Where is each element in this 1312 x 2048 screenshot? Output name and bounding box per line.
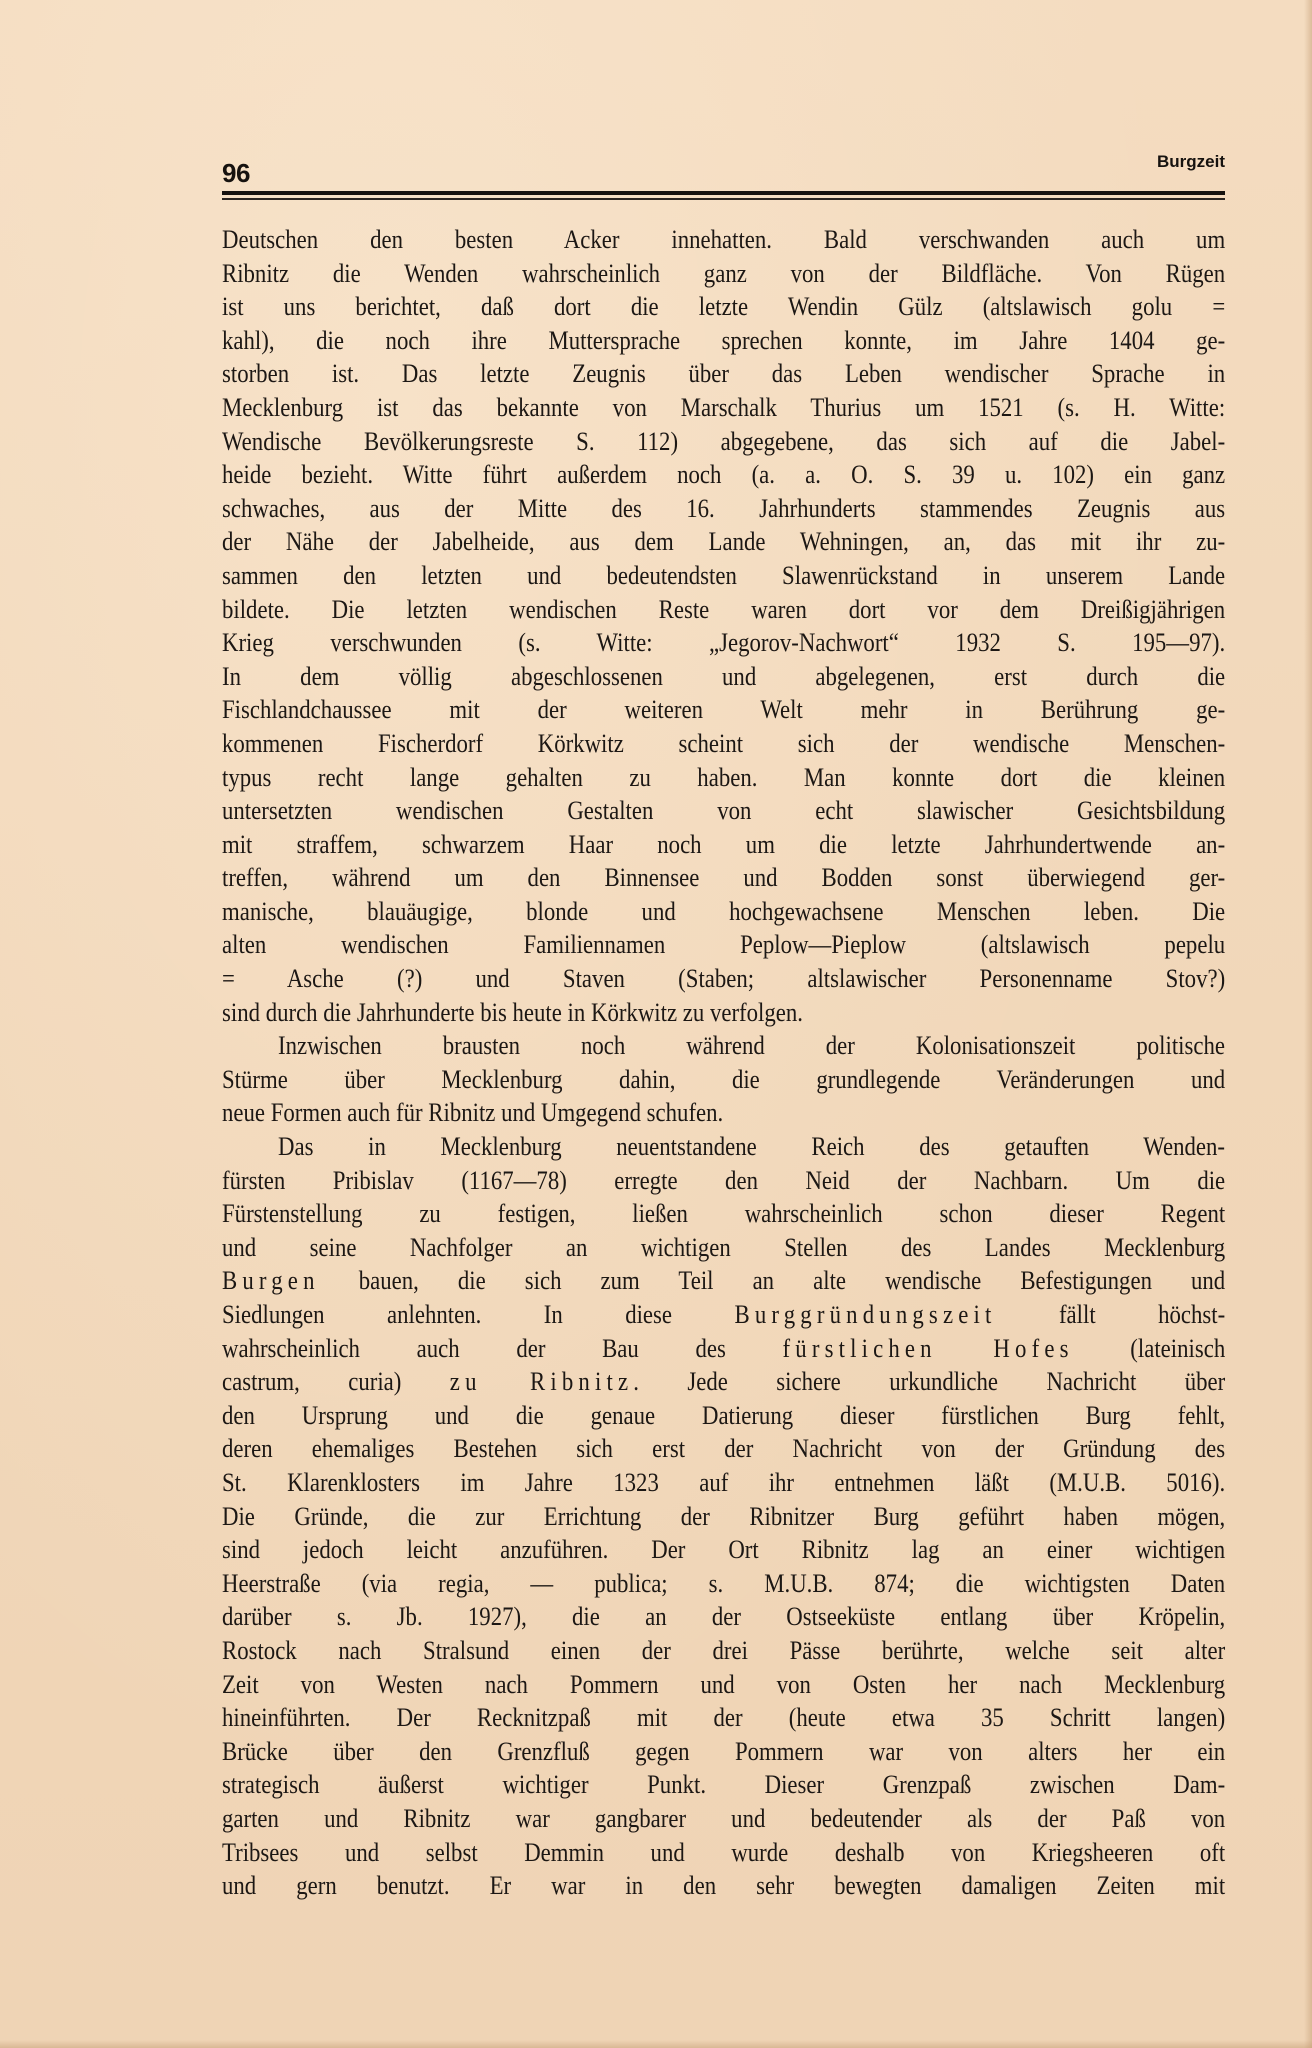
text-line: sind durch die Jahrhunderte bis heute in… bbox=[222, 996, 1225, 1030]
text-line: ist uns berichtet, daß dort die letzte W… bbox=[222, 290, 1225, 324]
running-head: Burgzeit bbox=[1157, 152, 1225, 172]
text-line: deren ehemaliges Bestehen sich erst der … bbox=[222, 1432, 1225, 1466]
text-line-content: storben ist. Das letzte Zeugnis über das… bbox=[222, 357, 1225, 391]
text-line-content: Rostock nach Stralsund einen der drei Pä… bbox=[222, 1634, 1225, 1668]
text-line: storben ist. Das letzte Zeugnis über das… bbox=[222, 357, 1225, 391]
text-line: untersetzten wendischen Gestalten von ec… bbox=[222, 794, 1225, 828]
text-line: Burgen bauen, die sich zum Teil an alte … bbox=[222, 1264, 1225, 1298]
text-line: darüber s. Jb. 1927), die an der Ostseek… bbox=[222, 1600, 1225, 1634]
body-text: Deutschen den besten Acker innehatten. B… bbox=[222, 223, 1225, 1903]
page-edge-shadow-right bbox=[1304, 0, 1312, 2048]
text-line-content: strategisch äußerst wichtiger Punkt. Die… bbox=[222, 1768, 1225, 1802]
text-line-content: sind jedoch leicht anzuführen. Der Ort R… bbox=[222, 1533, 1225, 1567]
text-line: In dem völlig abgeschlossenen und abgele… bbox=[222, 660, 1225, 694]
text-line: kommenen Fischerdorf Körkwitz scheint si… bbox=[222, 727, 1225, 761]
emphasized-word: fürstlichen bbox=[783, 1333, 937, 1363]
text-line: Rostock nach Stralsund einen der drei Pä… bbox=[222, 1634, 1225, 1668]
page-edge-shadow-bottom bbox=[0, 2040, 1312, 2048]
text-line: Heerstraße (via regia, — publica; s. M.U… bbox=[222, 1567, 1225, 1601]
text-line: neue Formen auch für Ribnitz und Umgegen… bbox=[222, 1096, 1225, 1130]
text-line: Zeit von Westen nach Pommern und von Ost… bbox=[222, 1668, 1225, 1702]
text-line-content: Siedlungen anlehnten. In diese Burggründ… bbox=[222, 1298, 1225, 1332]
text-line: kahl), die noch ihre Muttersprache sprec… bbox=[222, 324, 1225, 358]
text-line-content: sind durch die Jahrhunderte bis heute in… bbox=[222, 996, 1225, 1030]
text-line: und gern benutzt. Er war in den sehr bew… bbox=[222, 1869, 1225, 1903]
text-line-content: Tribsees und selbst Demmin und wurde des… bbox=[222, 1836, 1225, 1870]
text-line-content: deren ehemaliges Bestehen sich erst der … bbox=[222, 1432, 1225, 1466]
text-line: = Asche (?) und Staven (Staben; altslawi… bbox=[222, 962, 1225, 996]
text-line: schwaches, aus der Mitte des 16. Jahrhun… bbox=[222, 492, 1225, 526]
text-line-content: Brücke über den Grenzfluß gegen Pommern … bbox=[222, 1735, 1225, 1769]
text-line: Inzwischen brausten noch während der Kol… bbox=[222, 1029, 1225, 1063]
text-line-content: St. Klarenklosters im Jahre 1323 auf ihr… bbox=[222, 1466, 1225, 1500]
text-line-content: sammen den letzten und bedeutendsten Sla… bbox=[222, 559, 1225, 593]
text-line-content: Krieg verschwunden (s. Witte: „Jegorov-N… bbox=[222, 626, 1225, 660]
text-line-content: wahrscheinlich auch der Bau des fürstlic… bbox=[222, 1332, 1225, 1366]
text-line: den Ursprung und die genaue Datierung di… bbox=[222, 1399, 1225, 1433]
text-line-content: darüber s. Jb. 1927), die an der Ostseek… bbox=[222, 1600, 1225, 1634]
text-line: sind jedoch leicht anzuführen. Der Ort R… bbox=[222, 1533, 1225, 1567]
text-line: St. Klarenklosters im Jahre 1323 auf ihr… bbox=[222, 1466, 1225, 1500]
text-line: Brücke über den Grenzfluß gegen Pommern … bbox=[222, 1735, 1225, 1769]
text-line-content: typus recht lange gehalten zu haben. Man… bbox=[222, 761, 1225, 795]
header-rule-thin bbox=[222, 198, 1225, 200]
text-line-content: Fischlandchaussee mit der weiteren Welt … bbox=[222, 693, 1225, 727]
text-line: typus recht lange gehalten zu haben. Man… bbox=[222, 761, 1225, 795]
text-line-content: mit straffem, schwarzem Haar noch um die… bbox=[222, 828, 1225, 862]
text-line: treffen, während um den Binnensee und Bo… bbox=[222, 861, 1225, 895]
text-line: Mecklenburg ist das bekannte von Marscha… bbox=[222, 391, 1225, 425]
text-line: wahrscheinlich auch der Bau des fürstlic… bbox=[222, 1332, 1225, 1366]
text-line: Tribsees und selbst Demmin und wurde des… bbox=[222, 1836, 1225, 1870]
text-line: sammen den letzten und bedeutendsten Sla… bbox=[222, 559, 1225, 593]
text-line: Ribnitz die Wenden wahrscheinlich ganz v… bbox=[222, 257, 1225, 291]
text-line: Deutschen den besten Acker innehatten. B… bbox=[222, 223, 1225, 257]
text-line: hineinführten. Der Recknitzpaß mit der (… bbox=[222, 1701, 1225, 1735]
text-line-content: Zeit von Westen nach Pommern und von Ost… bbox=[222, 1668, 1225, 1702]
text-line: der Nähe der Jabelheide, aus dem Lande W… bbox=[222, 525, 1225, 559]
text-line: alten wendischen Familiennamen Peplow—Pi… bbox=[222, 928, 1225, 962]
text-line-content: kahl), die noch ihre Muttersprache sprec… bbox=[222, 324, 1225, 358]
text-line-content: untersetzten wendischen Gestalten von ec… bbox=[222, 794, 1225, 828]
text-line: Wendische Bevölkerungsreste S. 112) abge… bbox=[222, 425, 1225, 459]
header-rule-thick bbox=[222, 191, 1225, 195]
text-line-content: schwaches, aus der Mitte des 16. Jahrhun… bbox=[222, 492, 1225, 526]
book-page: 96 Burgzeit Deutschen den besten Acker i… bbox=[0, 0, 1312, 2048]
text-line-content: hineinführten. Der Recknitzpaß mit der (… bbox=[222, 1701, 1225, 1735]
text-line-content: garten und Ribnitz war gangbarer und bed… bbox=[222, 1802, 1225, 1836]
page-number: 96 bbox=[222, 158, 250, 189]
text-line-content: und gern benutzt. Er war in den sehr bew… bbox=[222, 1869, 1225, 1903]
text-line: heide bezieht. Witte führt außerdem noch… bbox=[222, 458, 1225, 492]
text-line: manische, blauäugige, blonde und hochgew… bbox=[222, 895, 1225, 929]
text-line: mit straffem, schwarzem Haar noch um die… bbox=[222, 828, 1225, 862]
text-line: castrum, curia) zu Ribnitz. Jede sichere… bbox=[222, 1365, 1225, 1399]
text-line-content: heide bezieht. Witte führt außerdem noch… bbox=[222, 458, 1225, 492]
text-line-content: ist uns berichtet, daß dort die letzte W… bbox=[222, 290, 1225, 324]
text-line: Fürstenstellung zu festigen, ließen wahr… bbox=[222, 1197, 1225, 1231]
text-line: fürsten Pribislav (1167—78) erregte den … bbox=[222, 1164, 1225, 1198]
text-line-content: Burgen bauen, die sich zum Teil an alte … bbox=[222, 1264, 1225, 1298]
text-line-content: Fürstenstellung zu festigen, ließen wahr… bbox=[222, 1197, 1225, 1231]
text-line-content: Heerstraße (via regia, — publica; s. M.U… bbox=[222, 1567, 1225, 1601]
text-line-content: Inzwischen brausten noch während der Kol… bbox=[278, 1029, 1225, 1063]
text-line-content: neue Formen auch für Ribnitz und Umgegen… bbox=[222, 1096, 1225, 1130]
emphasized-word: Ribnitz bbox=[530, 1366, 633, 1396]
text-line-content: und seine Nachfolger an wichtigen Stelle… bbox=[222, 1231, 1225, 1265]
text-line-content: In dem völlig abgeschlossenen und abgele… bbox=[222, 660, 1225, 694]
text-line-content: fürsten Pribislav (1167—78) erregte den … bbox=[222, 1164, 1225, 1198]
text-line-content: kommenen Fischerdorf Körkwitz scheint si… bbox=[222, 727, 1225, 761]
text-line-content: der Nähe der Jabelheide, aus dem Lande W… bbox=[222, 525, 1225, 559]
text-line-content: den Ursprung und die genaue Datierung di… bbox=[222, 1399, 1225, 1433]
text-line: und seine Nachfolger an wichtigen Stelle… bbox=[222, 1231, 1225, 1265]
text-line-content: bildete. Die letzten wendischen Reste wa… bbox=[222, 593, 1225, 627]
text-line: bildete. Die letzten wendischen Reste wa… bbox=[222, 593, 1225, 627]
emphasized-word: Hofes bbox=[993, 1333, 1073, 1363]
text-line-content: Deutschen den besten Acker innehatten. B… bbox=[222, 223, 1225, 257]
text-line-content: Stürme über Mecklenburg dahin, die grund… bbox=[222, 1063, 1225, 1097]
text-line-content: Wendische Bevölkerungsreste S. 112) abge… bbox=[222, 425, 1225, 459]
emphasized-word: Burggründungszeit bbox=[734, 1299, 996, 1329]
page-header: 96 Burgzeit bbox=[222, 150, 1225, 200]
emphasized-word: Burgen bbox=[222, 1265, 320, 1295]
text-line: Krieg verschwunden (s. Witte: „Jegorov-N… bbox=[222, 626, 1225, 660]
text-line-content: alten wendischen Familiennamen Peplow—Pi… bbox=[222, 928, 1225, 962]
text-line: Das in Mecklenburg neuentstandene Reich … bbox=[222, 1130, 1225, 1164]
text-line-content: treffen, während um den Binnensee und Bo… bbox=[222, 861, 1225, 895]
text-line-content: manische, blauäugige, blonde und hochgew… bbox=[222, 895, 1225, 929]
text-line-content: Mecklenburg ist das bekannte von Marscha… bbox=[222, 391, 1225, 425]
text-line-content: castrum, curia) zu Ribnitz. Jede sichere… bbox=[222, 1365, 1225, 1399]
text-line: Fischlandchaussee mit der weiteren Welt … bbox=[222, 693, 1225, 727]
text-line-content: Ribnitz die Wenden wahrscheinlich ganz v… bbox=[222, 257, 1225, 291]
emphasized-word: zu bbox=[450, 1366, 482, 1396]
text-line: Die Gründe, die zur Errichtung der Ribni… bbox=[222, 1500, 1225, 1534]
text-line: Siedlungen anlehnten. In diese Burggründ… bbox=[222, 1298, 1225, 1332]
text-line: garten und Ribnitz war gangbarer und bed… bbox=[222, 1802, 1225, 1836]
text-line-content: Die Gründe, die zur Errichtung der Ribni… bbox=[222, 1500, 1225, 1534]
text-line: Stürme über Mecklenburg dahin, die grund… bbox=[222, 1063, 1225, 1097]
text-line-content: Das in Mecklenburg neuentstandene Reich … bbox=[278, 1130, 1225, 1164]
text-line: strategisch äußerst wichtiger Punkt. Die… bbox=[222, 1768, 1225, 1802]
text-line-content: = Asche (?) und Staven (Staben; altslawi… bbox=[222, 962, 1225, 996]
